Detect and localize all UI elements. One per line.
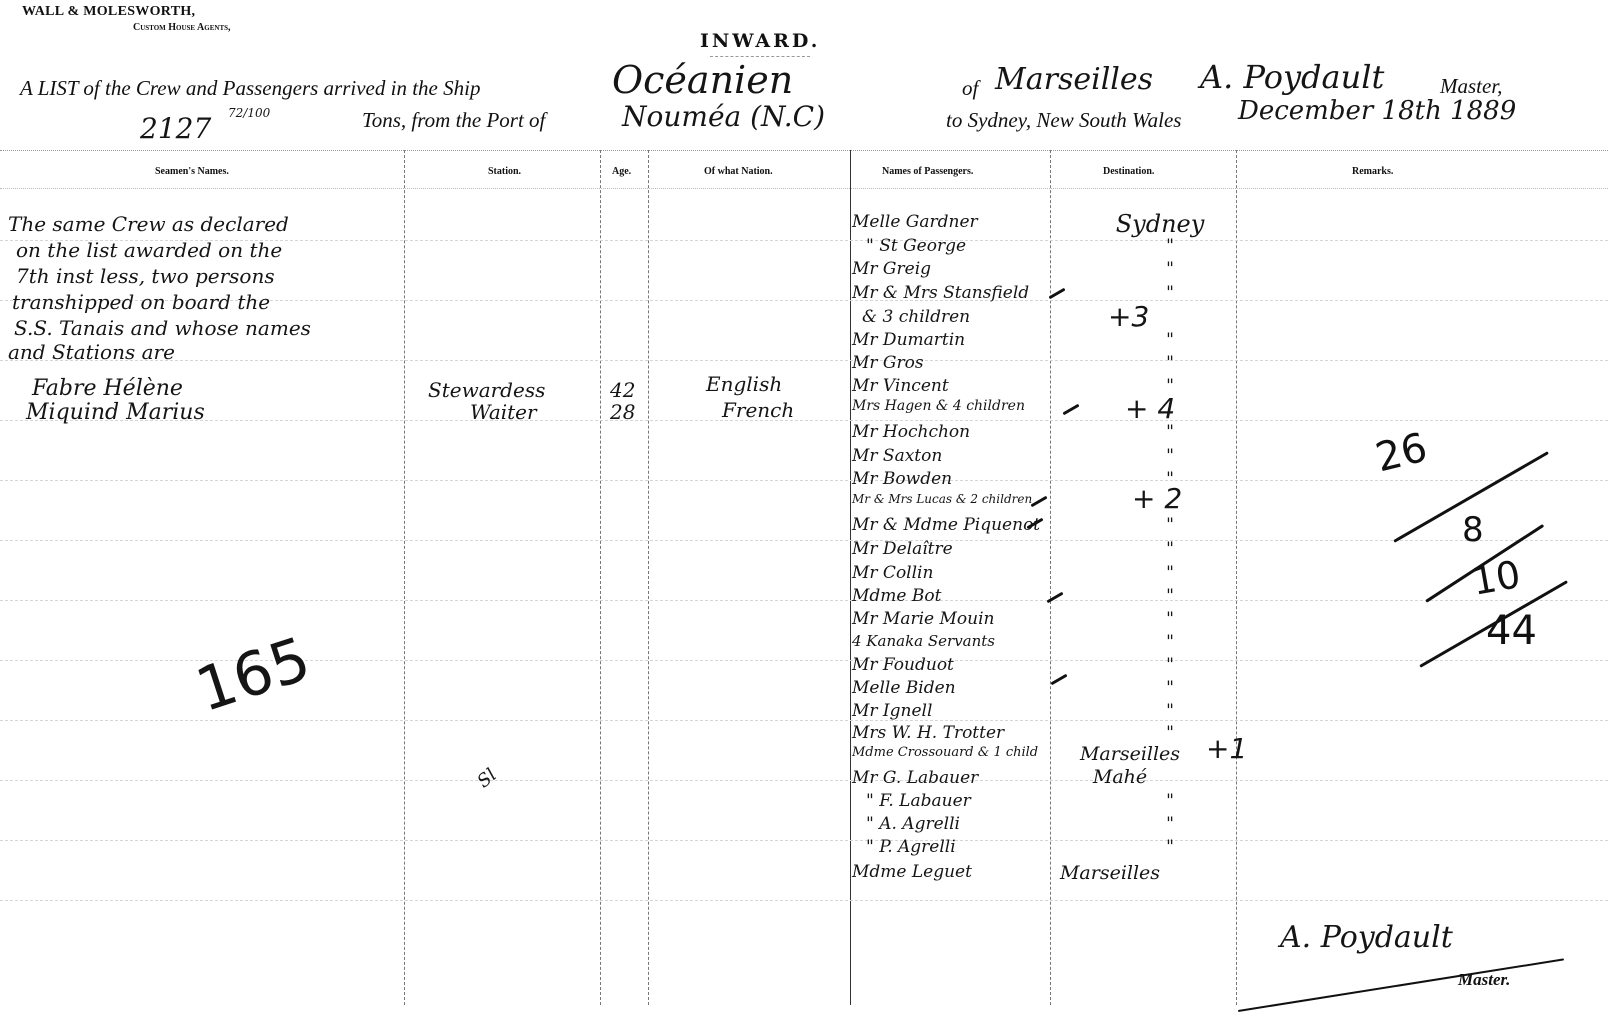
passenger-row: Mr Bowden: [852, 469, 1052, 492]
ruled-line: [0, 420, 1608, 421]
ruled-line: [0, 360, 1608, 361]
header-passenger-names: Names of Passengers.: [882, 166, 973, 177]
destination-cell: ": [1100, 655, 1240, 675]
passenger-row: " F. Labauer: [866, 791, 1066, 814]
destination-cell: ": [1100, 814, 1240, 834]
crew-age: 42: [610, 378, 635, 402]
agent-subtitle: Custom House Agents,: [133, 22, 231, 33]
tally-value: 10: [1469, 552, 1524, 604]
destination-cell: ": [1100, 422, 1240, 442]
header-station: Station.: [488, 166, 521, 177]
tally-value: 26: [1371, 425, 1432, 482]
passenger-row: Mrs Hagen & 4 children: [852, 398, 1052, 421]
crew-note-line: transhipped on board the: [12, 290, 270, 314]
children-count: + 2: [1132, 482, 1182, 515]
passenger-row: Mr & Mrs Stansfield: [852, 283, 1052, 306]
passenger-row: Mr & Mdme Piquenot: [852, 515, 1052, 538]
passenger-row: 4 Kanaka Servants: [852, 632, 1052, 655]
header-age: Age.: [612, 166, 631, 177]
passenger-row: Mr Collin: [852, 563, 1052, 586]
destination-cell: ": [1100, 236, 1240, 256]
header-destination: Destination.: [1103, 166, 1154, 177]
form-title: INWARD.: [700, 30, 820, 52]
tally-value: 8: [1462, 510, 1484, 550]
tally-value: 44: [1486, 608, 1537, 654]
master-label: Master.: [1458, 970, 1510, 990]
passenger-row: Mr Ignell: [852, 701, 1052, 724]
crew-station: Stewardess: [428, 378, 545, 402]
check-mark: [1050, 674, 1067, 686]
crew-note-line: and Stations are: [8, 340, 175, 364]
signature-underline: [1238, 958, 1564, 1012]
destination-cell: Marseilles: [1060, 743, 1200, 765]
ruled-line: [0, 780, 1608, 781]
list-title-prefix: A LIST of the Crew and Passengers arrive…: [20, 76, 480, 101]
folio-number: 165: [188, 624, 319, 726]
destination-cell: ": [1100, 678, 1240, 698]
passenger-row: Mr Fouduot: [852, 655, 1052, 678]
crew-note-line: on the list awarded on the: [16, 238, 282, 262]
crew-name: Fabre Hélène: [32, 376, 183, 401]
tonnage-whole: 2127: [140, 112, 211, 145]
destination-cell: ": [1100, 353, 1240, 373]
passenger-row: Mr Gros: [852, 353, 1052, 376]
ruled-line: [0, 540, 1608, 541]
master-name: A. Poydault: [1200, 58, 1384, 96]
destination-cell: Sydney: [1090, 210, 1230, 238]
ruled-line: [0, 480, 1608, 481]
clerk-initials: Sl: [473, 765, 500, 793]
destination-cell: ": [1100, 515, 1240, 535]
passenger-row: Mr Saxton: [852, 446, 1052, 469]
passenger-row: Mdme Crossouard & 1 child: [852, 745, 1052, 768]
passenger-row: Mr Marie Mouin: [852, 609, 1052, 632]
children-count: +3: [1108, 300, 1149, 333]
passenger-row: & 3 children: [862, 307, 1062, 330]
arrival-date: December 18th 1889: [1238, 96, 1516, 126]
master-signature: A. Poydault: [1280, 920, 1453, 955]
destination-cell: ": [1100, 632, 1240, 652]
header-bottom-rule: [0, 188, 1608, 189]
ruled-line: [0, 900, 1608, 901]
destination-cell: ": [1100, 791, 1240, 811]
crew-age: 28: [610, 400, 635, 424]
destination-cell: ": [1100, 539, 1240, 559]
crew-nation: English: [706, 372, 782, 396]
passenger-row: Mr G. Labauer: [852, 768, 1052, 791]
passenger-row: " St George: [866, 236, 1066, 259]
destination-cell: Mahé: [1050, 766, 1190, 788]
children-count: + 4: [1125, 392, 1175, 425]
passenger-row: Mr Dumartin: [852, 330, 1052, 353]
crew-note-line: The same Crew as declared: [8, 212, 289, 236]
header-seamen-names: Seamen's Names.: [155, 166, 229, 177]
passenger-row: Mr Delaître: [852, 539, 1052, 562]
passenger-row: " A. Agrelli: [866, 814, 1066, 837]
destination-cell: Marseilles: [1040, 862, 1180, 884]
destination-cell: ": [1100, 586, 1240, 606]
column-divider: [850, 150, 851, 1005]
column-divider: [648, 150, 649, 1005]
agent-name: WALL & MOLESWORTH,: [22, 4, 195, 20]
tons-label: Tons, from the Port of: [362, 108, 545, 133]
destination-label: to Sydney, New South Wales: [946, 108, 1181, 133]
column-divider: [404, 150, 405, 1005]
destination-cell: ": [1100, 330, 1240, 350]
check-mark: [1062, 404, 1079, 416]
from-port: Nouméa (N.C): [622, 100, 825, 133]
passenger-row: Mr & Mrs Lucas & 2 children: [852, 492, 1052, 515]
children-count: +1: [1206, 732, 1247, 765]
of-label: of: [962, 76, 978, 101]
ruled-line: [0, 720, 1608, 721]
passenger-row: " P. Agrelli: [866, 837, 1066, 860]
tonnage-fraction: 72/100: [228, 106, 270, 120]
destination-cell: ": [1100, 609, 1240, 629]
destination-cell: ": [1100, 563, 1240, 583]
passenger-row: Mr Hochchon: [852, 422, 1052, 445]
column-divider: [600, 150, 601, 1005]
destination-cell: ": [1100, 259, 1240, 279]
ruled-line: [0, 600, 1608, 601]
passenger-row: Mr Vincent: [852, 376, 1052, 399]
passenger-row: Melle Gardner: [852, 212, 1052, 235]
crew-name: Miquind Marius: [26, 400, 205, 425]
crew-note-line: 7th inst less, two persons: [16, 264, 275, 288]
passenger-row: Mdme Leguet: [852, 862, 1052, 885]
ruled-line: [0, 840, 1608, 841]
crew-note-line: S.S. Tanais and whose names: [14, 316, 311, 340]
destination-cell: ": [1100, 446, 1240, 466]
passenger-row: Mr Greig: [852, 259, 1052, 282]
passenger-row: Mrs W. H. Trotter: [852, 723, 1052, 746]
destination-cell: ": [1100, 701, 1240, 721]
header-nation: Of what Nation.: [704, 166, 773, 177]
crew-nation: French: [722, 398, 794, 422]
passenger-row: Mdme Bot: [852, 586, 1052, 609]
home-port: Marseilles: [995, 62, 1153, 97]
table-top-rule: [0, 150, 1608, 151]
destination-cell: ": [1100, 837, 1240, 857]
passenger-row: Melle Biden: [852, 678, 1052, 701]
ship-name: Océanien: [612, 58, 793, 102]
header-remarks: Remarks.: [1352, 166, 1393, 177]
crew-station: Waiter: [470, 400, 537, 424]
